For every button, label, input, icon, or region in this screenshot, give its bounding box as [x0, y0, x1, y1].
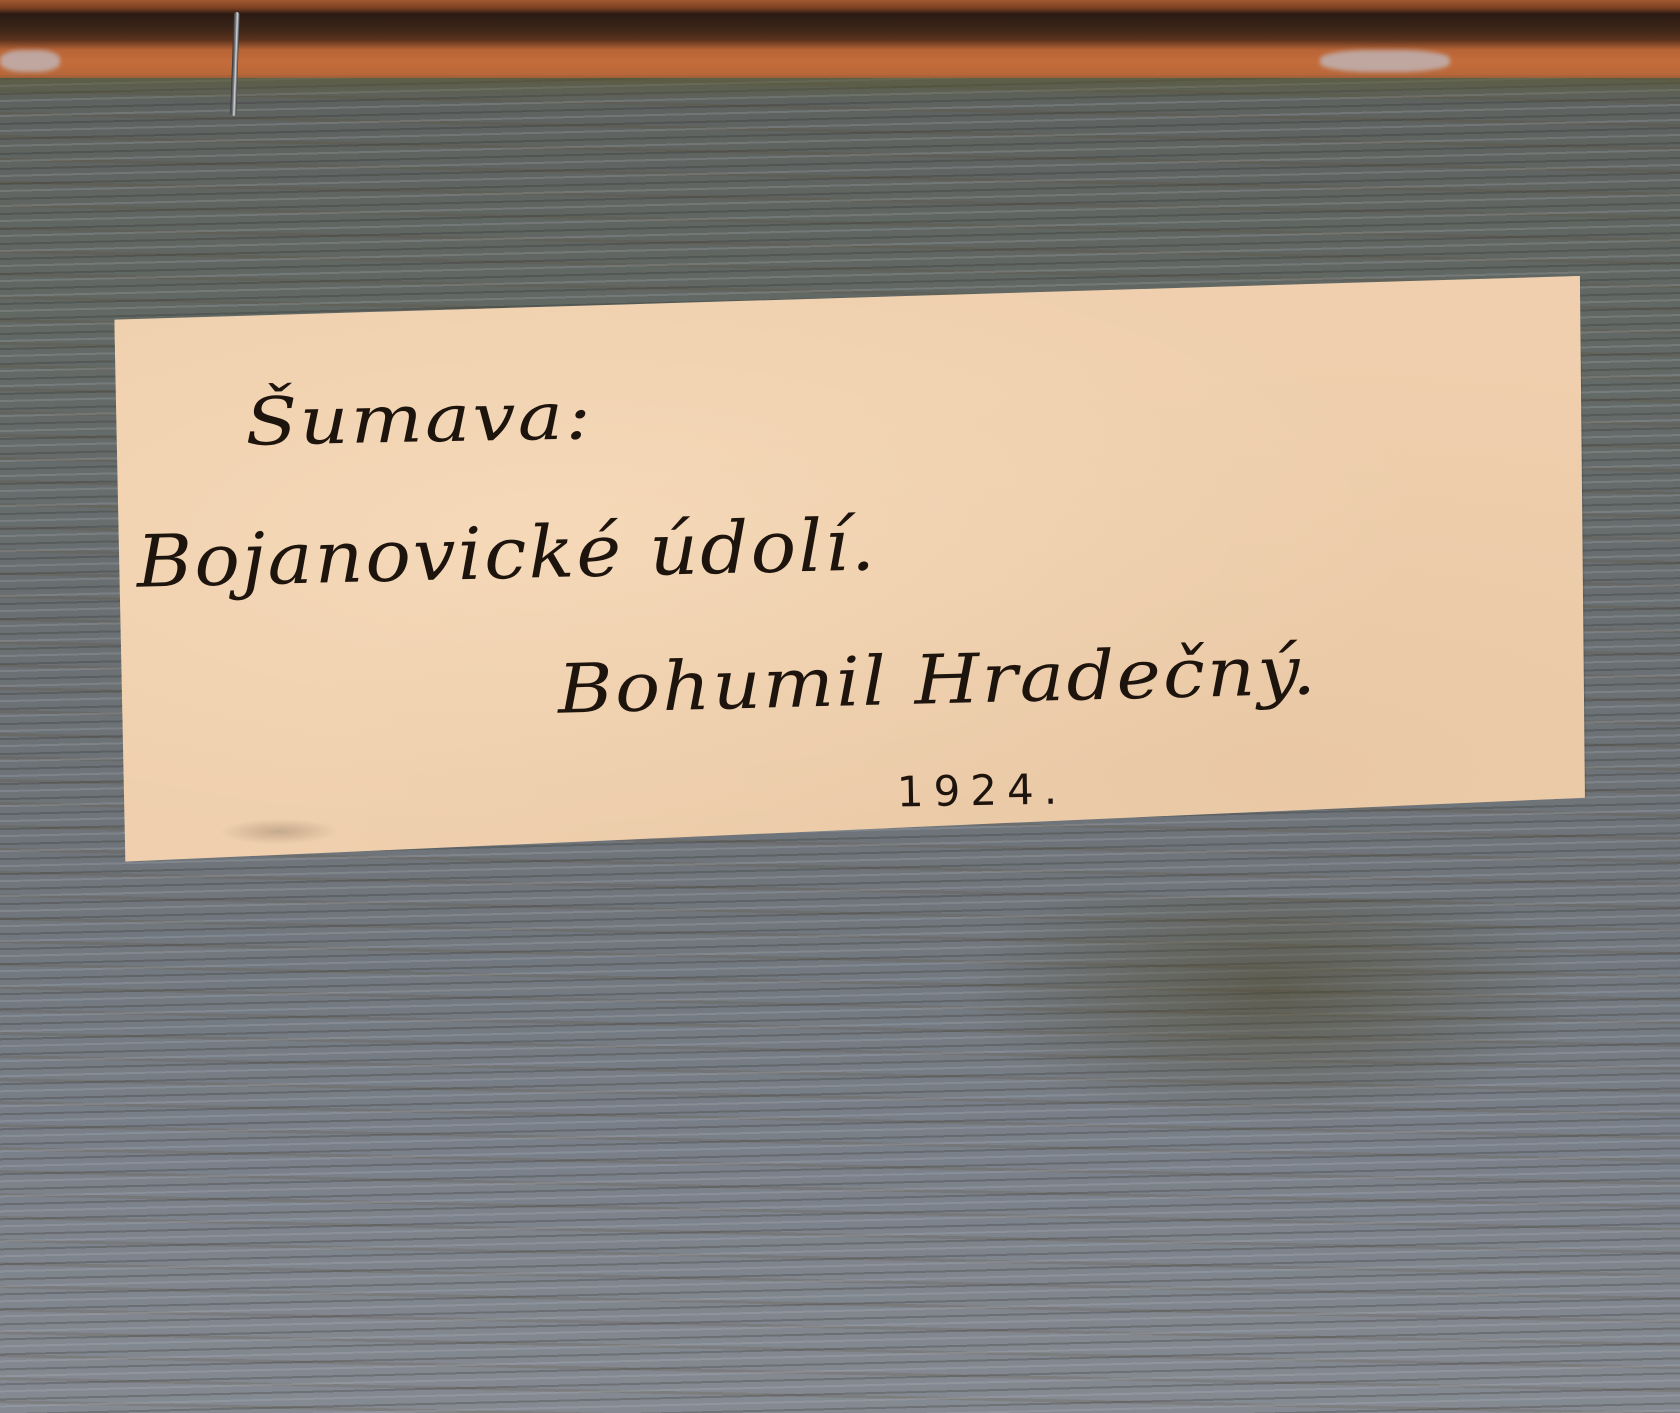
label-artist: Bohumil Hradečný. [557, 632, 1319, 730]
moss-stain [0, 78, 1680, 102]
label-year: 1924. [896, 764, 1067, 816]
paint-chip [1320, 50, 1450, 72]
paint-chip [0, 50, 60, 72]
label-title: Bojanovické údolí. [136, 502, 878, 603]
frame-top-edge [0, 0, 1680, 80]
water-stain [960, 898, 1580, 1128]
label-region: Šumava: [245, 377, 594, 460]
photo-scene: Šumava: Bojanovické údolí. Bohumil Hrade… [0, 0, 1680, 1413]
paper-smudge [219, 818, 339, 845]
